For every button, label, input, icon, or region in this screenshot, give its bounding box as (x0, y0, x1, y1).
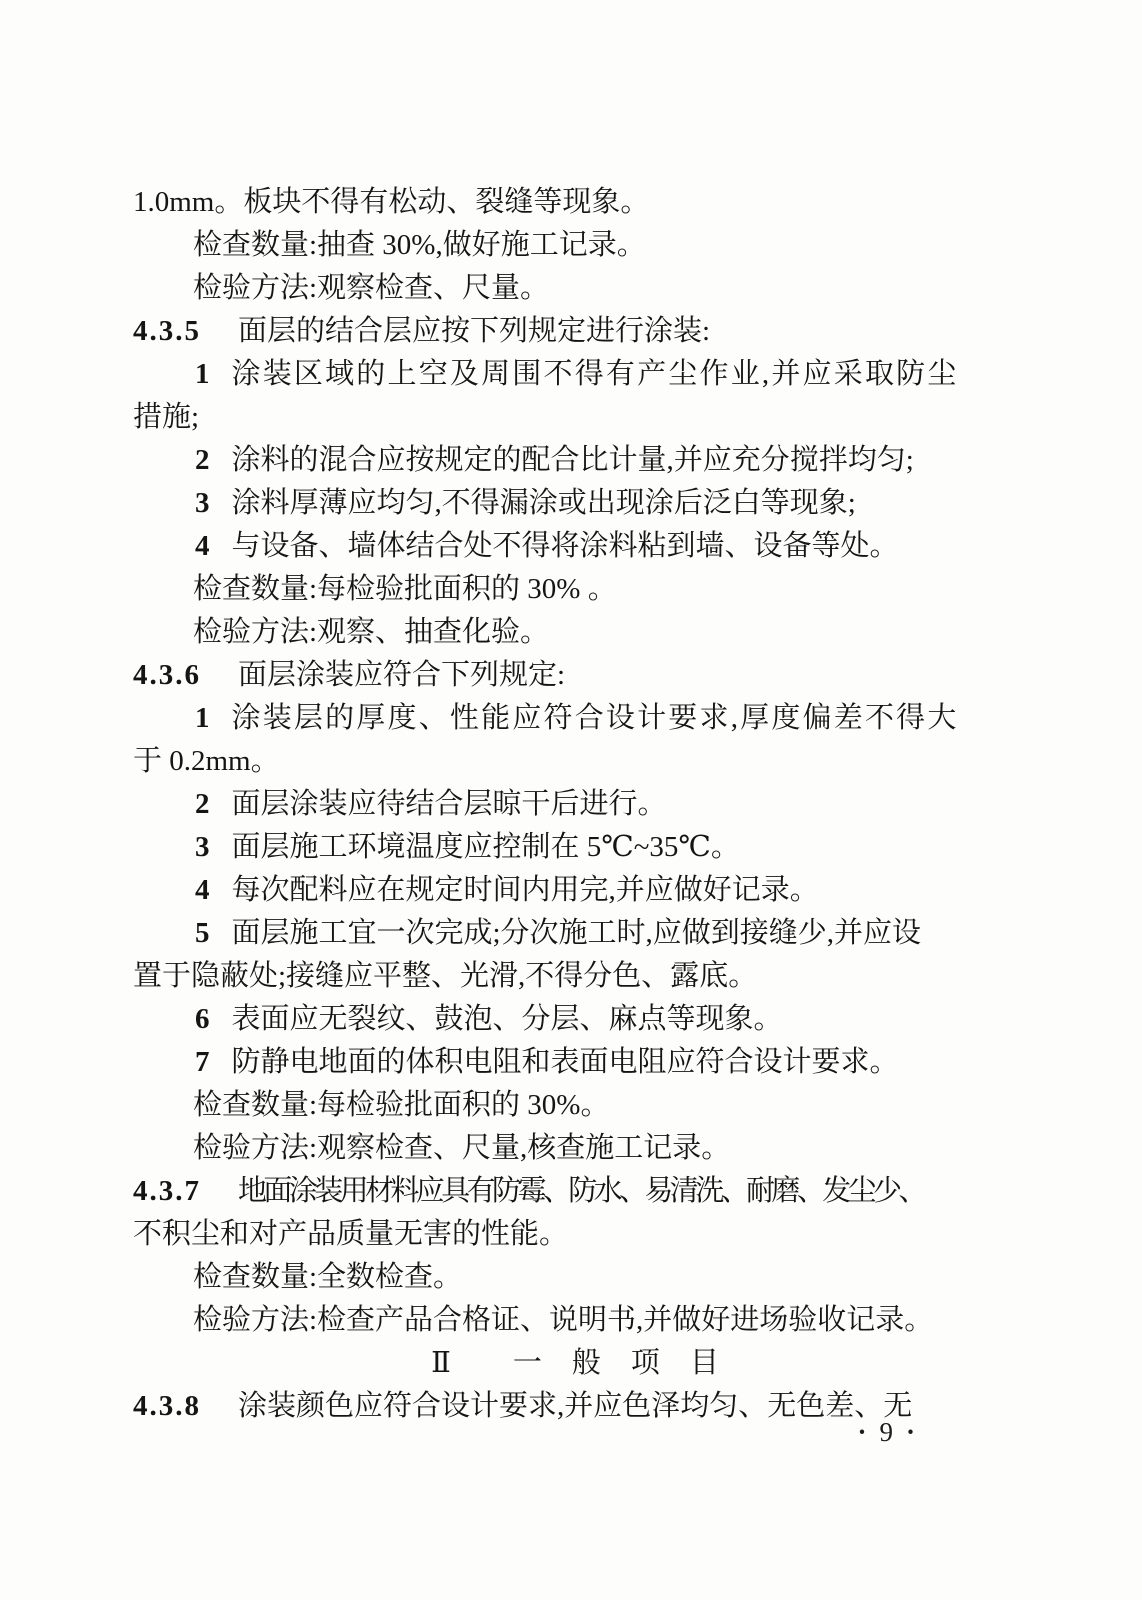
clause-text: 不积尘和对产品质量无害的性能。 (133, 1218, 568, 1250)
text-line: 检查数量:抽查 30%,做好施工记录。 (133, 224, 935, 267)
text-line: 检验方法:观察检查、尺量。 (133, 267, 935, 310)
clause-text: 防静电地面的体积电阻和表面电阻应符合设计要求。 (232, 1046, 899, 1078)
text-line: 检查数量:每检验批面积的 30% 。 (133, 568, 935, 611)
clause-text: 置于隐蔽处;接缝应平整、光滑,不得分色、露底。 (133, 960, 757, 992)
clause-line: 4.3.5面层的结合层应按下列规定进行涂装: (133, 310, 935, 353)
clause-text: 每次配料应在规定时间内用完,并应做好记录。 (232, 874, 819, 906)
text-line: 1.0mm。板块不得有松动、裂缝等现象。 (133, 181, 935, 224)
clause-text: 措施; (133, 401, 199, 433)
text-line: 5面层施工宜一次完成;分次施工时,应做到接缝少,并应设 (133, 912, 935, 955)
page-content: 1.0mm。板块不得有松动、裂缝等现象。检查数量:抽查 30%,做好施工记录。检… (133, 181, 935, 1428)
clause-number: 4 (195, 525, 210, 568)
document-page: 1.0mm。板块不得有松动、裂缝等现象。检查数量:抽查 30%,做好施工记录。检… (0, 0, 1142, 1600)
clause-text: 检验方法:观察检查、尺量,核查施工记录。 (193, 1132, 730, 1164)
page-number-dot-right: · (906, 1417, 915, 1447)
text-line: 6表面应无裂纹、鼓泡、分层、麻点等现象。 (133, 998, 935, 1041)
clause-text: 于 0.2mm。 (133, 745, 280, 777)
text-line: 2涂料的混合应按规定的配合比计量,并应充分搅拌均匀; (133, 439, 935, 482)
text-line: 7防静电地面的体积电阻和表面电阻应符合设计要求。 (133, 1041, 935, 1084)
clause-text: 表面应无裂纹、鼓泡、分层、麻点等现象。 (232, 1003, 783, 1035)
text-line: 于 0.2mm。 (133, 740, 935, 783)
page-number: ·9· (133, 1416, 915, 1448)
text-line: 检查数量:全数检查。 (133, 1256, 935, 1299)
subsection-heading: Ⅱ一般项目 (189, 1342, 991, 1385)
clause-number: 4.3.7 (133, 1170, 201, 1213)
clause-number: 7 (195, 1041, 210, 1084)
text-line: 4每次配料应在规定时间内用完,并应做好记录。 (133, 869, 935, 912)
heading-numeral: Ⅱ (431, 1347, 451, 1379)
text-line: 措施; (133, 396, 935, 439)
clause-text: 地面涂装用材料应具有防霉、防水、易清洗、耐磨、发尘少、 (238, 1175, 924, 1207)
clause-text: 涂料厚薄应均匀,不得漏涂或出现涂后泛白等现象; (232, 487, 856, 519)
clause-text: 涂装层的厚度、性能应符合设计要求,厚度偏差不得大 (232, 702, 959, 734)
clause-text: 面层施工宜一次完成;分次施工时,应做到接缝少,并应设 (232, 917, 922, 949)
clause-text: 检验方法:观察、抽查化验。 (193, 616, 549, 648)
text-line: 3涂料厚薄应均匀,不得漏涂或出现涂后泛白等现象; (133, 482, 935, 525)
clause-text: 面层的结合层应按下列规定进行涂装: (238, 315, 710, 347)
text-line: 1涂装层的厚度、性能应符合设计要求,厚度偏差不得大 (133, 697, 935, 740)
text-line: 2面层涂装应待结合层晾干后进行。 (133, 783, 935, 826)
text-line: 检验方法:观察检查、尺量,核查施工记录。 (133, 1127, 935, 1170)
page-number-dot-left: · (857, 1417, 866, 1447)
clause-number: 6 (195, 998, 210, 1041)
clause-text: 1.0mm。板块不得有松动、裂缝等现象。 (133, 186, 649, 218)
clause-number: 1 (195, 697, 210, 740)
text-line: 检验方法:检查产品合格证、说明书,并做好进场验收记录。 (133, 1299, 935, 1342)
clause-number: 2 (195, 439, 210, 482)
clause-text: 面层涂装应待结合层晾干后进行。 (232, 788, 667, 820)
clause-number: 4.3.6 (133, 654, 201, 697)
text-line: 4与设备、墙体结合处不得将涂料粘到墙、设备等处。 (133, 525, 935, 568)
heading-title: 一般项目 (513, 1347, 749, 1379)
clause-number: 4 (195, 869, 210, 912)
clause-text: 检查数量:每检验批面积的 30%。 (193, 1089, 609, 1121)
text-line: 1涂装区域的上空及周围不得有产尘作业,并应采取防尘 (133, 353, 935, 396)
clause-text: 面层施工环境温度应控制在 5℃~35℃。 (232, 831, 740, 863)
clause-text: 检查数量:每检验批面积的 30% 。 (193, 573, 617, 605)
clause-number: 1 (195, 353, 210, 396)
text-line: 置于隐蔽处;接缝应平整、光滑,不得分色、露底。 (133, 955, 935, 998)
clause-number: 4.3.5 (133, 310, 201, 353)
clause-number: 3 (195, 482, 210, 525)
clause-text: 与设备、墙体结合处不得将涂料粘到墙、设备等处。 (232, 530, 899, 562)
clause-text: 检验方法:观察检查、尺量。 (193, 272, 549, 304)
text-line: 检验方法:观察、抽查化验。 (133, 611, 935, 654)
clause-line: 4.3.7地面涂装用材料应具有防霉、防水、易清洗、耐磨、发尘少、 (133, 1170, 935, 1213)
clause-text: 面层涂装应符合下列规定: (238, 659, 565, 691)
clause-number: 5 (195, 912, 210, 955)
clause-line: 4.3.6面层涂装应符合下列规定: (133, 654, 935, 697)
clause-text: 涂料的混合应按规定的配合比计量,并应充分搅拌均匀; (232, 444, 914, 476)
text-line: 检查数量:每检验批面积的 30%。 (133, 1084, 935, 1127)
clause-text: 涂装区域的上空及周围不得有产尘作业,并应采取防尘 (232, 358, 959, 390)
clause-text: 检查数量:抽查 30%,做好施工记录。 (193, 229, 646, 261)
text-line: 不积尘和对产品质量无害的性能。 (133, 1213, 935, 1256)
clause-number: 2 (195, 783, 210, 826)
clause-number: 3 (195, 826, 210, 869)
clause-text: 检查数量:全数检查。 (193, 1261, 462, 1293)
page-number-value: 9 (879, 1417, 893, 1447)
text-line: 3面层施工环境温度应控制在 5℃~35℃。 (133, 826, 935, 869)
clause-text: 检验方法:检查产品合格证、说明书,并做好进场验收记录。 (193, 1304, 933, 1336)
